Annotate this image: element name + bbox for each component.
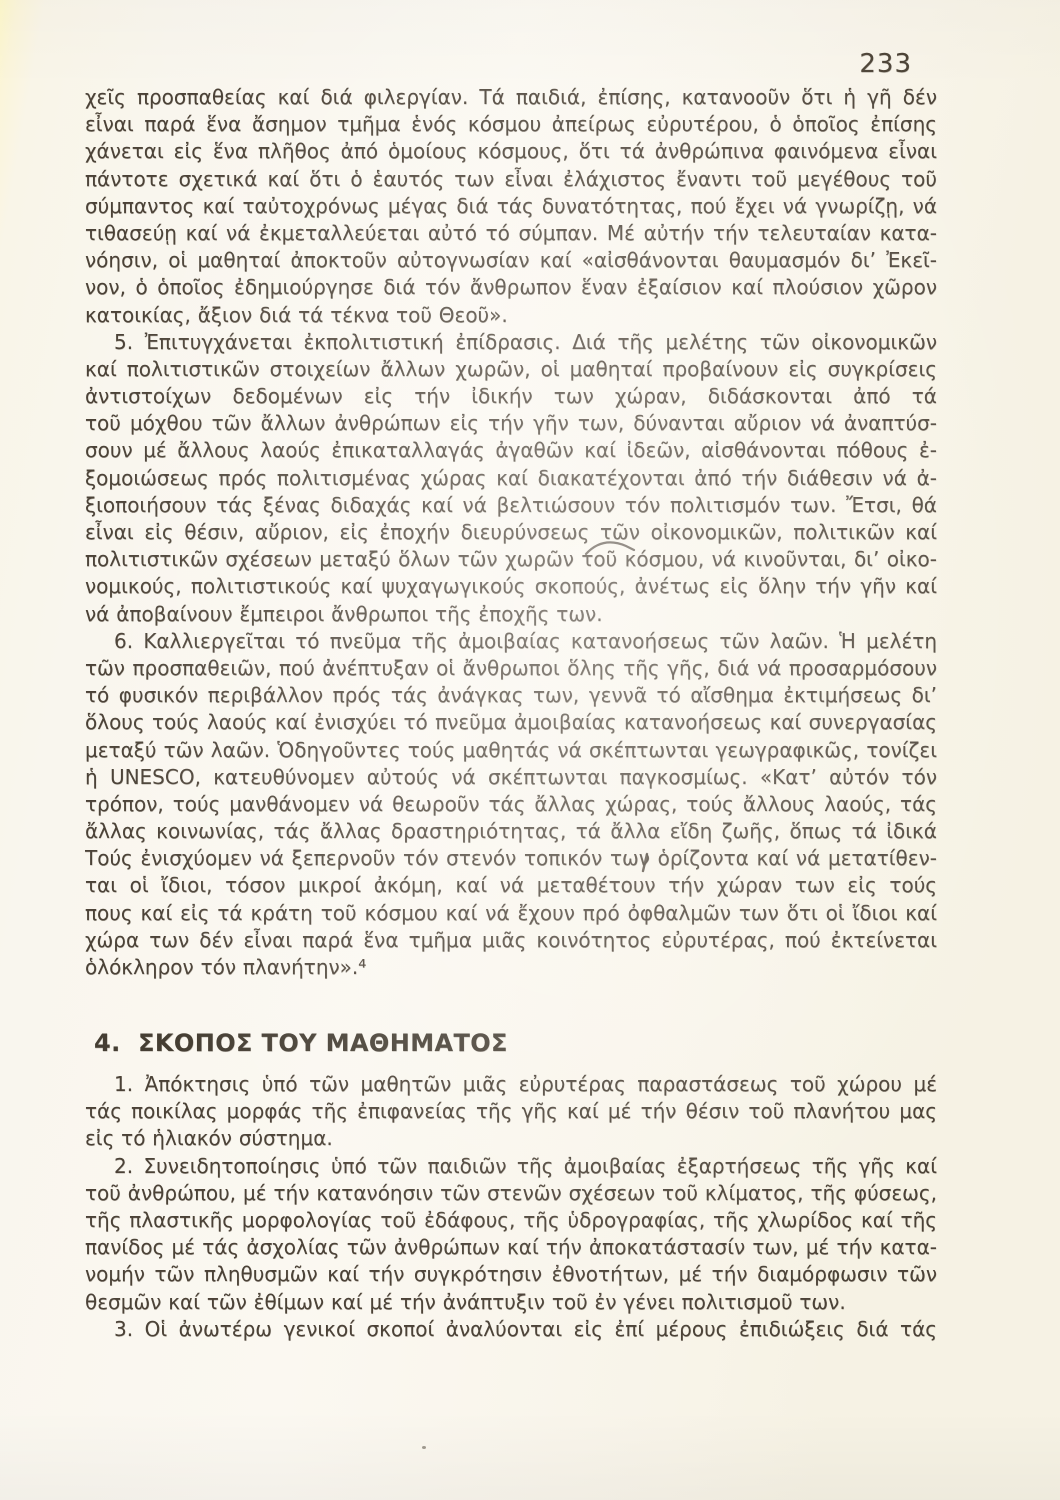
- body-text-upper: χεῖς προσπαθείας καί διά φιλεργίαν. Τά π…: [85, 84, 937, 981]
- text-line: τοῦ ἀνθρώπου, μέ τήν κατανόησιν τῶν στεν…: [85, 1180, 937, 1207]
- text-line: τῆς πλαστικῆς μορφολογίας τοῦ ἐδάφους, τ…: [85, 1207, 937, 1234]
- text-line: εἶναι εἰς θέσιν, αὔριον, εἰς ἐποχήν διευ…: [85, 519, 937, 546]
- text-line: νομήν τῶν πληθυσμῶν καί τήν συγκρότησιν …: [85, 1261, 937, 1288]
- text-line: νόησιν, οἱ μαθηταί ἀποκτοῦν αὐτογνωσίαν …: [85, 247, 937, 274]
- text-line: καί πολιτιστικῶν στοιχείων ἄλλων χωρῶν, …: [85, 356, 937, 383]
- text-line: τάς ποικίλας μορφάς τῆς ἐπιφανείας τῆς γ…: [85, 1098, 937, 1125]
- text-line: ὁλόκληρον τόν πλανήτην».⁴: [85, 954, 937, 981]
- page-number: 233: [859, 49, 912, 79]
- paragraph: 3. Οἱ ἀνωτέρω γενικοί σκοποί ἀναλύονται …: [85, 1316, 937, 1343]
- text-line: ξιοποιήσουν τάς ξένας διδαχάς καί νά βελ…: [85, 492, 937, 519]
- text-line: τοῦ μόχθου τῶν ἄλλων ἀνθρώπων εἰς τήν γῆ…: [85, 410, 937, 437]
- text-line: τῶν προσπαθειῶν, πού ἀνέπτυξαν οἱ ἄνθρωπ…: [85, 655, 937, 682]
- text-line: ὅλους τούς λαούς καί ἐνισχύει τό πνεῦμα …: [85, 709, 937, 736]
- text-line: ται οἱ ἴδιοι, τόσον μικροί ἀκόμη, καί νά…: [85, 872, 937, 899]
- paragraph: 6. Καλλιεργεῖται τό πνεῦμα τῆς ἀμοιβαίας…: [85, 628, 937, 981]
- text-line: τιθασεύῃ καί νά ἐκμεταλλεύεται αὐτό τό σ…: [85, 220, 937, 247]
- text-line: νον, ὁ ὁποῖος ἐδημιούργησε διά τόν ἄνθρω…: [85, 274, 937, 301]
- paragraph: χεῖς προσπαθείας καί διά φιλεργίαν. Τά π…: [85, 84, 937, 329]
- text-line: πανίδος μέ τάς ἀσχολίας τῶν ἀνθρώπων καί…: [85, 1234, 937, 1261]
- paragraph: 5. Ἐπιτυγχάνεται ἐκπολιτιστική ἐπίδρασις…: [85, 329, 937, 628]
- body-text-lower: 1. Ἀπόκτησις ὑπό τῶν μαθητῶν μιᾶς εὐρυτέ…: [85, 1071, 937, 1343]
- text-line: ἀντιστοίχων δεδομένων εἰς τήν ἰδικήν των…: [85, 383, 937, 410]
- section-heading: 4. ΣΚΟΠΟΣ ΤΟΥ ΜΑΘΗΜΑΤΟΣ: [94, 1029, 508, 1057]
- text-line: χώρα των δέν εἶναι παρά ἕνα τμῆμα μιᾶς κ…: [85, 927, 937, 954]
- text-line: πάντοτε σχετικά καί ὅτι ὁ ἑαυτός των εἶν…: [85, 166, 937, 193]
- text-line: 1. Ἀπόκτησις ὑπό τῶν μαθητῶν μιᾶς εὐρυτέ…: [85, 1071, 937, 1098]
- text-line: πους καί εἰς τά κράτη τοῦ κόσμου καί νά …: [85, 900, 937, 927]
- text-line: νά ἀποβαίνουν ἔμπειροι ἄνθρωποι τῆς ἐποχ…: [85, 601, 937, 628]
- text-line: 2. Συνειδητοποίησις ὑπό τῶν παιδιῶν τῆς …: [85, 1153, 937, 1180]
- paragraph: 2. Συνειδητοποίησις ὑπό τῶν παιδιῶν τῆς …: [85, 1153, 937, 1316]
- text-line: νομικούς, πολιτιστικούς καί ψυχαγωγικούς…: [85, 573, 937, 600]
- text-line: σουν μέ ἄλλους λαούς ἐπικαταλλαγάς ἀγαθῶ…: [85, 437, 937, 464]
- text-line: κατοικίας, ἄξιον διά τά τέκνα τοῦ Θεοῦ».: [85, 302, 937, 329]
- text-line: ξομοιώσεως πρός πολιτισμένας χώρας καί δ…: [85, 465, 937, 492]
- text-line: θεσμῶν καί τῶν ἐθίμων καί μέ τήν ἀνάπτυξ…: [85, 1289, 937, 1316]
- text-line: χεῖς προσπαθείας καί διά φιλεργίαν. Τά π…: [85, 84, 937, 111]
- text-line: τρόπον, τούς μανθάνομεν νά θεωροῦν τάς ἄ…: [85, 791, 937, 818]
- text-line: 5. Ἐπιτυγχάνεται ἐκπολιτιστική ἐπίδρασις…: [85, 329, 937, 356]
- text-line: Τούς ἐνισχύομεν νά ξεπερνοῦν τόν στενόν …: [85, 845, 937, 872]
- book-page: 233 χεῖς προσπαθείας καί διά φιλεργίαν. …: [0, 0, 1060, 1500]
- text-line: εἶναι παρά ἕνα ἄσημον τμῆμα ἑνός κόσμου …: [85, 111, 937, 138]
- text-line: μεταξύ τῶν λαῶν. Ὁδηγοῦντες τούς μαθητάς…: [85, 737, 937, 764]
- text-line: 6. Καλλιεργεῖται τό πνεῦμα τῆς ἀμοιβαίας…: [85, 628, 937, 655]
- text-line: χάνεται εἰς ἕνα πλῆθος ἀπό ὁμοίους κόσμο…: [85, 138, 937, 165]
- text-line: ἡ UNESCO, κατευθύνομεν αὐτούς νά σκέπτων…: [85, 764, 937, 791]
- text-line: ἄλλας κοινωνίας, τάς ἄλλας δραστηριότητα…: [85, 818, 937, 845]
- ink-speck: [422, 1446, 426, 1449]
- text-line: τό φυσικόν περιβάλλον πρός τάς ἀνάγκας τ…: [85, 682, 937, 709]
- text-line: 3. Οἱ ἀνωτέρω γενικοί σκοποί ἀναλύονται …: [85, 1316, 937, 1343]
- text-line: εἰς τό ἡλιακόν σύστημα.: [85, 1125, 937, 1152]
- text-line: σύμπαντος καί ταὐτοχρόνως μέγας διά τάς …: [85, 193, 937, 220]
- text-line: πολιτιστικῶν σχέσεων μεταξύ ὅλων τῶν χωρ…: [85, 546, 937, 573]
- paragraph: 1. Ἀπόκτησις ὑπό τῶν μαθητῶν μιᾶς εὐρυτέ…: [85, 1071, 937, 1153]
